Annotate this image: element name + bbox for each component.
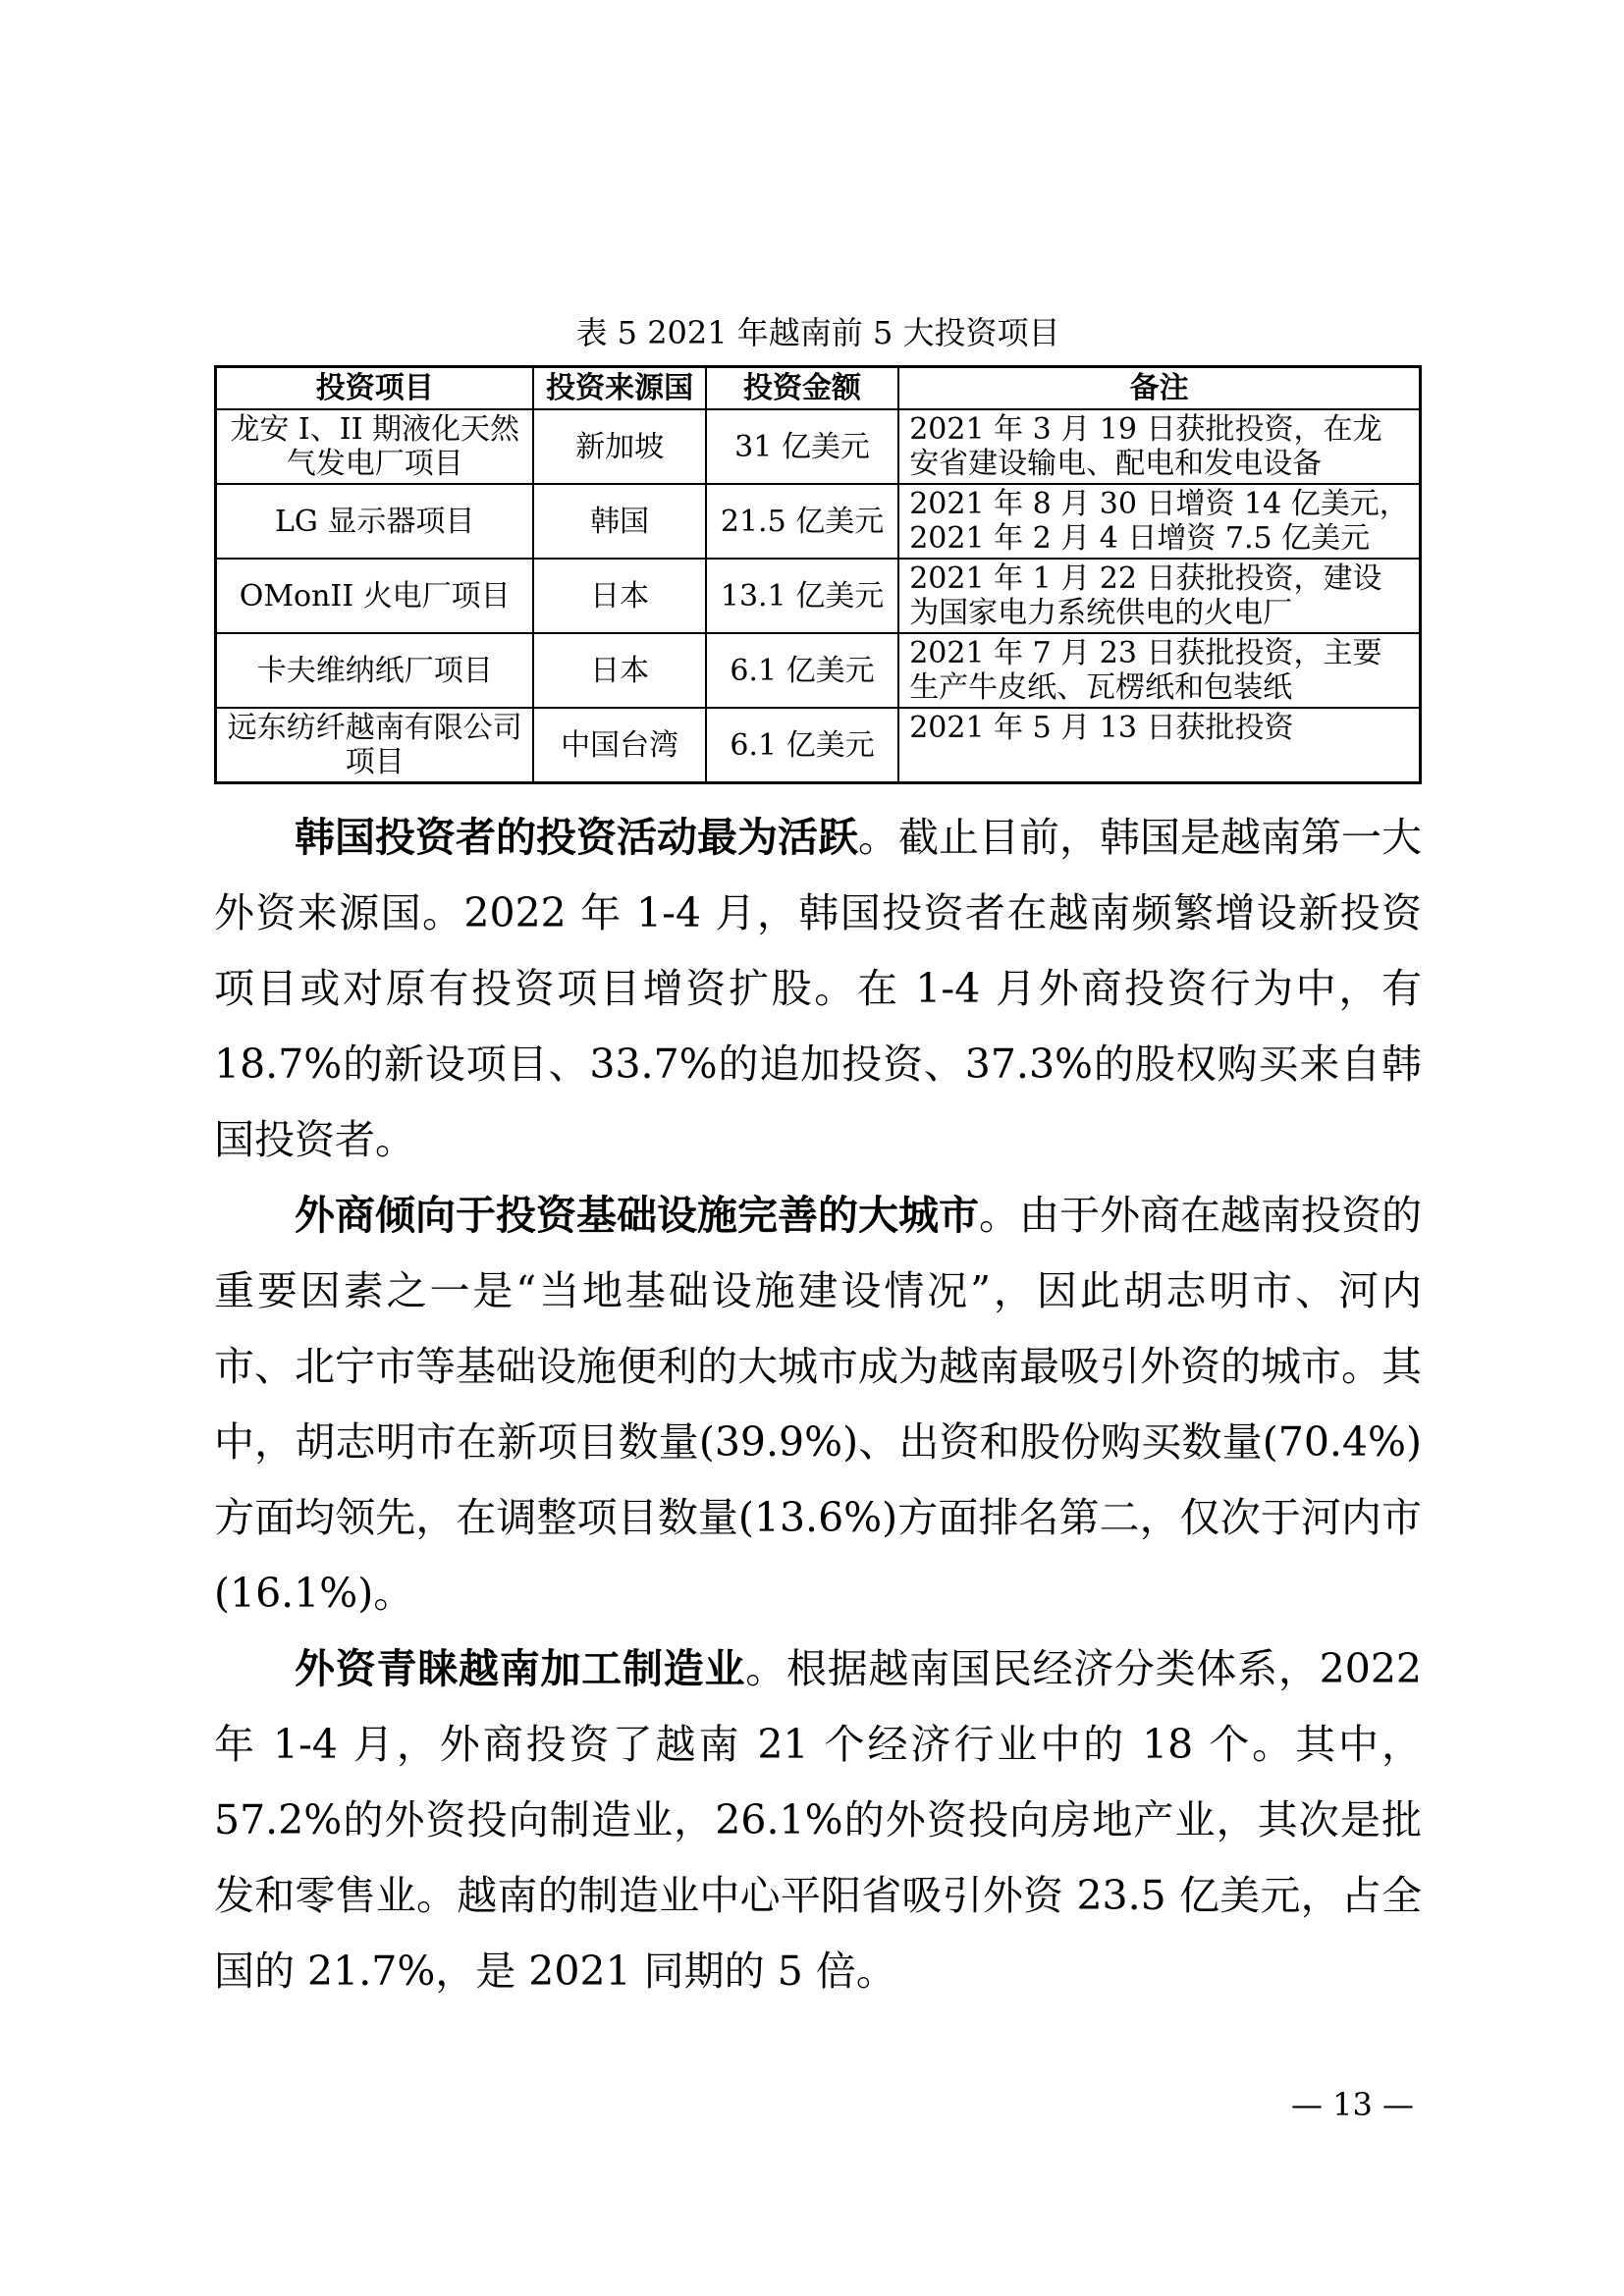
cell-project: 龙安 I、II 期液化天然气发电厂项目: [216, 409, 534, 484]
cell-amount: 31 亿美元: [706, 409, 898, 484]
table-header-row: 投资项目 投资来源国 投资金额 备注: [216, 367, 1421, 410]
cell-source: 日本: [533, 559, 705, 633]
cell-remark: 2021 年 7 月 23 日获批投资，主要生产牛皮纸、瓦楞纸和包装纸: [898, 633, 1420, 708]
paragraph-korea-investors: 韩国投资者的投资活动最为活跃。截止目前，韩国是越南第一大外资来源国。2022 年…: [214, 800, 1422, 1178]
cell-amount: 6.1 亿美元: [706, 633, 898, 708]
cell-amount: 21.5 亿美元: [706, 484, 898, 559]
document-page: 表 5 2021 年越南前 5 大投资项目 投资项目 投资来源国 投资金额 备注…: [0, 0, 1624, 2296]
cell-amount: 6.1 亿美元: [706, 708, 898, 783]
paragraph-manufacturing: 外资青睐越南加工制造业。根据越南国民经济分类体系，2022 年 1-4 月，外商…: [214, 1631, 1422, 2009]
table-caption: 表 5 2021 年越南前 5 大投资项目: [214, 312, 1422, 353]
table-row: 卡夫维纳纸厂项目 日本 6.1 亿美元 2021 年 7 月 23 日获批投资，…: [216, 633, 1421, 708]
column-header-source: 投资来源国: [533, 367, 705, 410]
cell-remark: 2021 年 1 月 22 日获批投资，建设为国家电力系统供电的火电厂: [898, 559, 1420, 633]
investment-table: 投资项目 投资来源国 投资金额 备注 龙安 I、II 期液化天然气发电厂项目 新…: [214, 365, 1422, 784]
column-header-amount: 投资金额: [706, 367, 898, 410]
paragraph-body: 。截止目前，韩国是越南第一大外资来源国。2022 年 1-4 月，韩国投资者在越…: [214, 814, 1422, 1163]
cell-remark: 2021 年 3 月 19 日获批投资，在龙安省建设输电、配电和发电设备: [898, 409, 1420, 484]
cell-source: 日本: [533, 633, 705, 708]
cell-remark: 2021 年 5 月 13 日获批投资: [898, 708, 1420, 783]
cell-source: 新加坡: [533, 409, 705, 484]
column-header-project: 投资项目: [216, 367, 534, 410]
body-text: 韩国投资者的投资活动最为活跃。截止目前，韩国是越南第一大外资来源国。2022 年…: [214, 800, 1422, 2009]
cell-project: 卡夫维纳纸厂项目: [216, 633, 534, 708]
paragraph-lead: 韩国投资者的投资活动最为活跃: [295, 814, 858, 861]
paragraph-body: 。由于外商在越南投资的重要因素之一是“当地基础设施建设情况”，因此胡志明市、河内…: [214, 1192, 1422, 1617]
page-number: — 13 —: [1291, 2085, 1414, 2124]
cell-amount: 13.1 亿美元: [706, 559, 898, 633]
cell-source: 中国台湾: [533, 708, 705, 783]
table-row: 龙安 I、II 期液化天然气发电厂项目 新加坡 31 亿美元 2021 年 3 …: [216, 409, 1421, 484]
table-row: LG 显示器项目 韩国 21.5 亿美元 2021 年 8 月 30 日增资 1…: [216, 484, 1421, 559]
cell-project: OMonII 火电厂项目: [216, 559, 534, 633]
paragraph-infrastructure-cities: 外商倾向于投资基础设施完善的大城市。由于外商在越南投资的重要因素之一是“当地基础…: [214, 1178, 1422, 1631]
paragraph-body: 。根据越南国民经济分类体系，2022 年 1-4 月，外商投资了越南 21 个经…: [214, 1645, 1422, 1995]
column-header-remark: 备注: [898, 367, 1420, 410]
paragraph-lead: 外商倾向于投资基础设施完善的大城市: [295, 1192, 979, 1239]
cell-source: 韩国: [533, 484, 705, 559]
paragraph-lead: 外资青睐越南加工制造业: [295, 1645, 745, 1692]
cell-project: LG 显示器项目: [216, 484, 534, 559]
cell-remark: 2021 年 8 月 30 日增资 14 亿美元，2021 年 2 月 4 日增…: [898, 484, 1420, 559]
cell-project: 远东纺纤越南有限公司项目: [216, 708, 534, 783]
table-row: OMonII 火电厂项目 日本 13.1 亿美元 2021 年 1 月 22 日…: [216, 559, 1421, 633]
table-row: 远东纺纤越南有限公司项目 中国台湾 6.1 亿美元 2021 年 5 月 13 …: [216, 708, 1421, 783]
